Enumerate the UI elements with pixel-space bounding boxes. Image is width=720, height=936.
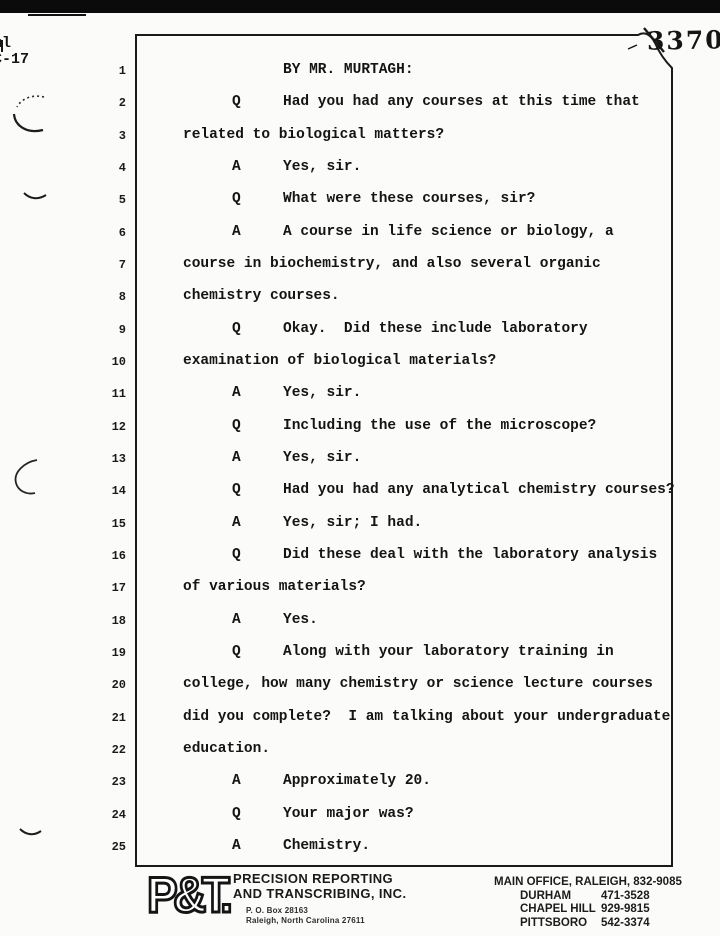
branch-office-name: PITTSBORO <box>520 917 601 931</box>
line-number: 9 <box>94 323 126 337</box>
transcript-text: Approximately 20. <box>283 773 431 789</box>
scan-edge-bar <box>0 0 720 13</box>
transcript-text: A course in life science or biology, a <box>283 224 614 240</box>
line-number: 15 <box>94 517 126 531</box>
branch-office-row: CHAPEL HILL929-9815 <box>520 903 682 917</box>
transcript-text: college, how many chemistry or science l… <box>183 676 653 692</box>
transcript-text: of various materials? <box>183 579 366 595</box>
transcript-line: 13AYes, sir. <box>0 450 720 472</box>
transcript-text: Your major was? <box>283 806 414 822</box>
line-number: 24 <box>94 808 126 822</box>
transcript-line: 11AYes, sir. <box>0 385 720 407</box>
line-number: 8 <box>94 290 126 304</box>
speaker-marker: Q <box>232 418 241 434</box>
speaker-marker: A <box>232 515 241 531</box>
transcript-text: course in biochemistry, and also several… <box>183 256 601 272</box>
transcript-line: 14QHad you had any analytical chemistry … <box>0 482 720 504</box>
page-number-stamp: 3370 <box>647 25 720 55</box>
transcript-text: Along with your laboratory training in <box>283 644 614 660</box>
speaker-marker: Q <box>232 806 241 822</box>
transcript-line: 22education. <box>0 741 720 763</box>
transcript-text: chemistry courses. <box>183 288 340 304</box>
speaker-marker: A <box>232 838 241 854</box>
main-office-line: MAIN OFFICE, RALEIGH, 832-9085 <box>494 876 682 890</box>
company-name-line1: PRECISION REPORTING <box>233 872 406 887</box>
transcript-text: Did these deal with the laboratory analy… <box>283 547 657 563</box>
transcript-line: 9QOkay. Did these include laboratory <box>0 321 720 343</box>
address-line1: P. O. Box 28163 <box>246 906 365 916</box>
transcript-text: BY MR. MURTAGH: <box>283 62 414 78</box>
scan-edge-fragment <box>28 14 86 16</box>
line-number: 20 <box>94 678 126 692</box>
doc-code-line1: ml <box>0 35 11 52</box>
transcript-line: 5QWhat were these courses, sir? <box>0 191 720 213</box>
speaker-marker: Q <box>232 547 241 563</box>
line-number: 4 <box>94 161 126 175</box>
transcript-line: 4AYes, sir. <box>0 159 720 181</box>
transcript-text: Had you had any courses at this time tha… <box>283 94 640 110</box>
transcript-line: 16QDid these deal with the laboratory an… <box>0 547 720 569</box>
speaker-marker: A <box>232 385 241 401</box>
scanned-transcript-page: ml C-17 3370 1BY MR. MURTAGH:2QHad you h… <box>0 0 720 936</box>
transcript-text: Yes, sir. <box>283 159 361 175</box>
branch-office-phone: 542-3374 <box>601 917 650 931</box>
transcript-line: 17of various materials? <box>0 579 720 601</box>
line-number: 11 <box>94 387 126 401</box>
speaker-marker: A <box>232 612 241 628</box>
transcript-text: Yes, sir; I had. <box>283 515 422 531</box>
transcript-line: 23AApproximately 20. <box>0 773 720 795</box>
speaker-marker: Q <box>232 482 241 498</box>
company-name-line2: AND TRANSCRIBING, INC. <box>233 887 406 902</box>
transcript-text: Had you had any analytical chemistry cou… <box>283 482 675 498</box>
company-name: PRECISION REPORTING AND TRANSCRIBING, IN… <box>233 872 406 901</box>
line-number: 22 <box>94 743 126 757</box>
transcript-text: Chemistry. <box>283 838 370 854</box>
branch-office-row: PITTSBORO542-3374 <box>520 917 682 931</box>
line-number: 1 <box>94 64 126 78</box>
transcript-line: 6AA course in life science or biology, a <box>0 224 720 246</box>
speaker-marker: A <box>232 773 241 789</box>
transcript-line: 20college, how many chemistry or science… <box>0 676 720 698</box>
line-number: 5 <box>94 193 126 207</box>
line-number: 10 <box>94 355 126 369</box>
branch-office-row: DURHAM471-3528 <box>520 890 682 904</box>
branch-office-phone: 471-3528 <box>601 890 650 904</box>
line-number: 2 <box>94 96 126 110</box>
branch-office-phone: 929-9815 <box>601 903 650 917</box>
branch-office-name: DURHAM <box>520 890 601 904</box>
line-number: 6 <box>94 226 126 240</box>
line-number: 7 <box>94 258 126 272</box>
transcript-line: 21did you complete? I am talking about y… <box>0 709 720 731</box>
transcript-line: 7course in biochemistry, and also severa… <box>0 256 720 278</box>
transcript-text: related to biological matters? <box>183 127 444 143</box>
branch-office-list: DURHAM471-3528CHAPEL HILL929-9815PITTSBO… <box>494 890 682 931</box>
speaker-marker: A <box>232 159 241 175</box>
transcript-line: 1BY MR. MURTAGH: <box>0 62 720 84</box>
speaker-marker: A <box>232 224 241 240</box>
speaker-marker: Q <box>232 321 241 337</box>
transcript-line: 24QYour major was? <box>0 806 720 828</box>
office-contacts: MAIN OFFICE, RALEIGH, 832-9085 DURHAM471… <box>494 876 682 930</box>
line-number: 25 <box>94 840 126 854</box>
speaker-marker: Q <box>232 644 241 660</box>
speaker-marker: A <box>232 450 241 466</box>
transcript-text: Including the use of the microscope? <box>283 418 596 434</box>
branch-office-name: CHAPEL HILL <box>520 903 601 917</box>
line-number: 13 <box>94 452 126 466</box>
transcript-text: Okay. Did these include laboratory <box>283 321 588 337</box>
line-number: 16 <box>94 549 126 563</box>
pt-logo: P&T. <box>147 866 228 924</box>
transcript-text: Yes, sir. <box>283 450 361 466</box>
transcript-text: did you complete? I am talking about you… <box>183 709 670 725</box>
line-number: 17 <box>94 581 126 595</box>
line-number: 23 <box>94 775 126 789</box>
transcript-line: 19QAlong with your laboratory training i… <box>0 644 720 666</box>
transcript-line: 18AYes. <box>0 612 720 634</box>
transcript-text: Yes, sir. <box>283 385 361 401</box>
transcript-text: education. <box>183 741 270 757</box>
speaker-marker: Q <box>232 191 241 207</box>
transcript-text: Yes. <box>283 612 318 628</box>
transcript-line: 8chemistry courses. <box>0 288 720 310</box>
line-number: 12 <box>94 420 126 434</box>
transcript-text: examination of biological materials? <box>183 353 496 369</box>
line-number: 21 <box>94 711 126 725</box>
pen-tick-mark <box>628 45 637 49</box>
transcript-line: 25AChemistry. <box>0 838 720 860</box>
transcript-line: 12QIncluding the use of the microscope? <box>0 418 720 440</box>
transcript-text: What were these courses, sir? <box>283 191 535 207</box>
transcript-line: 10examination of biological materials? <box>0 353 720 375</box>
line-number: 14 <box>94 484 126 498</box>
line-number: 3 <box>94 129 126 143</box>
line-number: 18 <box>94 614 126 628</box>
transcript-line: 2QHad you had any courses at this time t… <box>0 94 720 116</box>
company-address: P. O. Box 28163 Raleigh, North Carolina … <box>246 906 365 925</box>
margin-mark-dash-2 <box>20 829 41 834</box>
speaker-marker: Q <box>232 94 241 110</box>
line-number: 19 <box>94 646 126 660</box>
address-line2: Raleigh, North Carolina 27611 <box>246 916 365 926</box>
transcript-line: 15AYes, sir; I had. <box>0 515 720 537</box>
transcript-line: 3related to biological matters? <box>0 127 720 149</box>
